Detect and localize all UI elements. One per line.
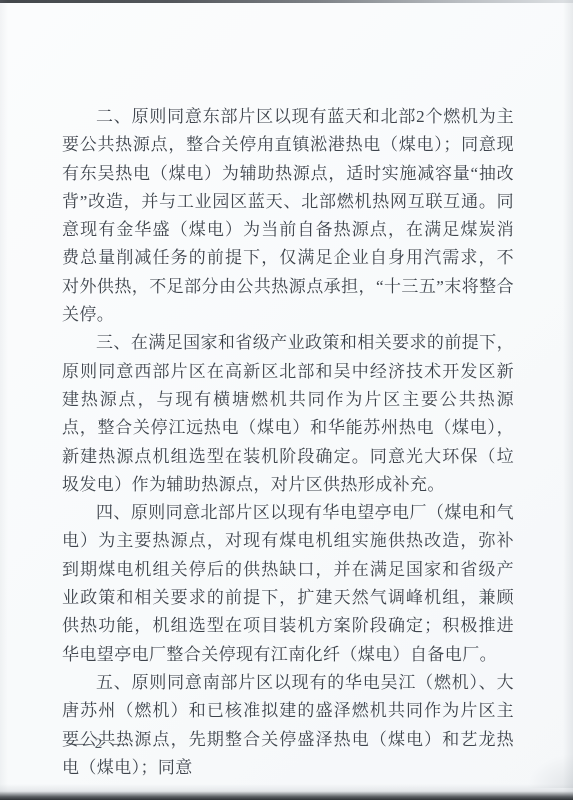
scan-artifact-corner-shade (527, 754, 573, 788)
scan-artifact-left-edge (0, 0, 8, 800)
page-number: — 2 — (70, 736, 130, 753)
document-text-block: 二、原则同意东部片区以现有蓝天和北部2个燃机为主要公共热源点，整合关停甪直镇淞港… (62, 103, 514, 782)
paragraph-item-2: 二、原则同意东部片区以现有蓝天和北部2个燃机为主要公共热源点，整合关停甪直镇淞港… (62, 103, 514, 329)
scan-artifact-right-edge (563, 0, 573, 800)
paragraph-item-4: 四、原则同意北部片区以现有华电望亭电厂（煤电和气电）为主要热源点，对现有煤电机组… (62, 499, 514, 669)
scan-artifact-bottom-edge (0, 784, 573, 800)
paragraph-item-5: 五、原则同意南部片区以现有的华电吴江（燃机）、大唐苏州（燃机）和已核准拟建的盛泽… (62, 669, 514, 782)
paragraph-item-3: 三、在满足国家和省级产业政策和相关要求的前提下，原则同意西部片区在高新区北部和吴… (62, 329, 514, 499)
scan-artifact-top-edge (0, 0, 573, 3)
scanned-document-page: 二、原则同意东部片区以现有蓝天和北部2个燃机为主要公共热源点，整合关停甪直镇淞港… (0, 0, 573, 800)
